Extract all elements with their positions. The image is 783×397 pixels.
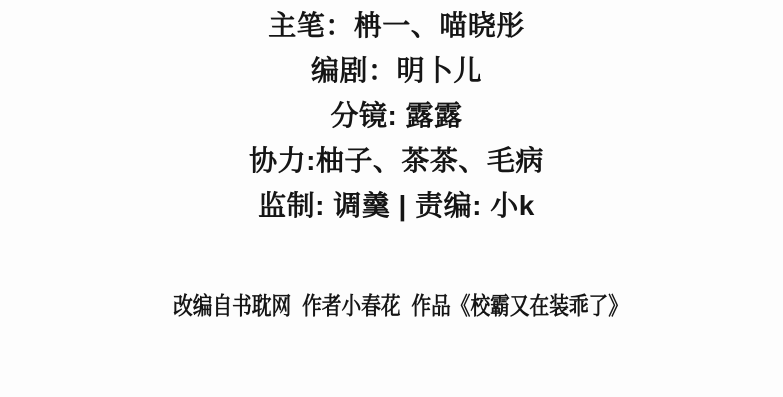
- credits-block: 主笔：柟一、喵晓彤 编剧：明卜儿 分镜: 露露 协力:柚子、茶茶、毛病 监制: …: [5, 0, 783, 228]
- credit-line-storyboard: 分镜: 露露: [5, 93, 783, 138]
- adaptation-source-note: 改编自书耽网 作者小春花 作品《校霸又在装乖了》: [79, 286, 721, 321]
- credit-line-producer-editor: 监制: 调羹 | 责编: 小k: [5, 183, 783, 228]
- credit-line-assistance: 协力:柚子、茶茶、毛病: [5, 138, 783, 183]
- credit-line-main-artist: 主笔：柟一、喵晓彤: [5, 3, 783, 48]
- credit-line-screenwriter: 编剧：明卜儿: [5, 48, 783, 93]
- comic-credits-page: 主笔：柟一、喵晓彤 编剧：明卜儿 分镜: 露露 协力:柚子、茶茶、毛病 监制: …: [0, 0, 783, 397]
